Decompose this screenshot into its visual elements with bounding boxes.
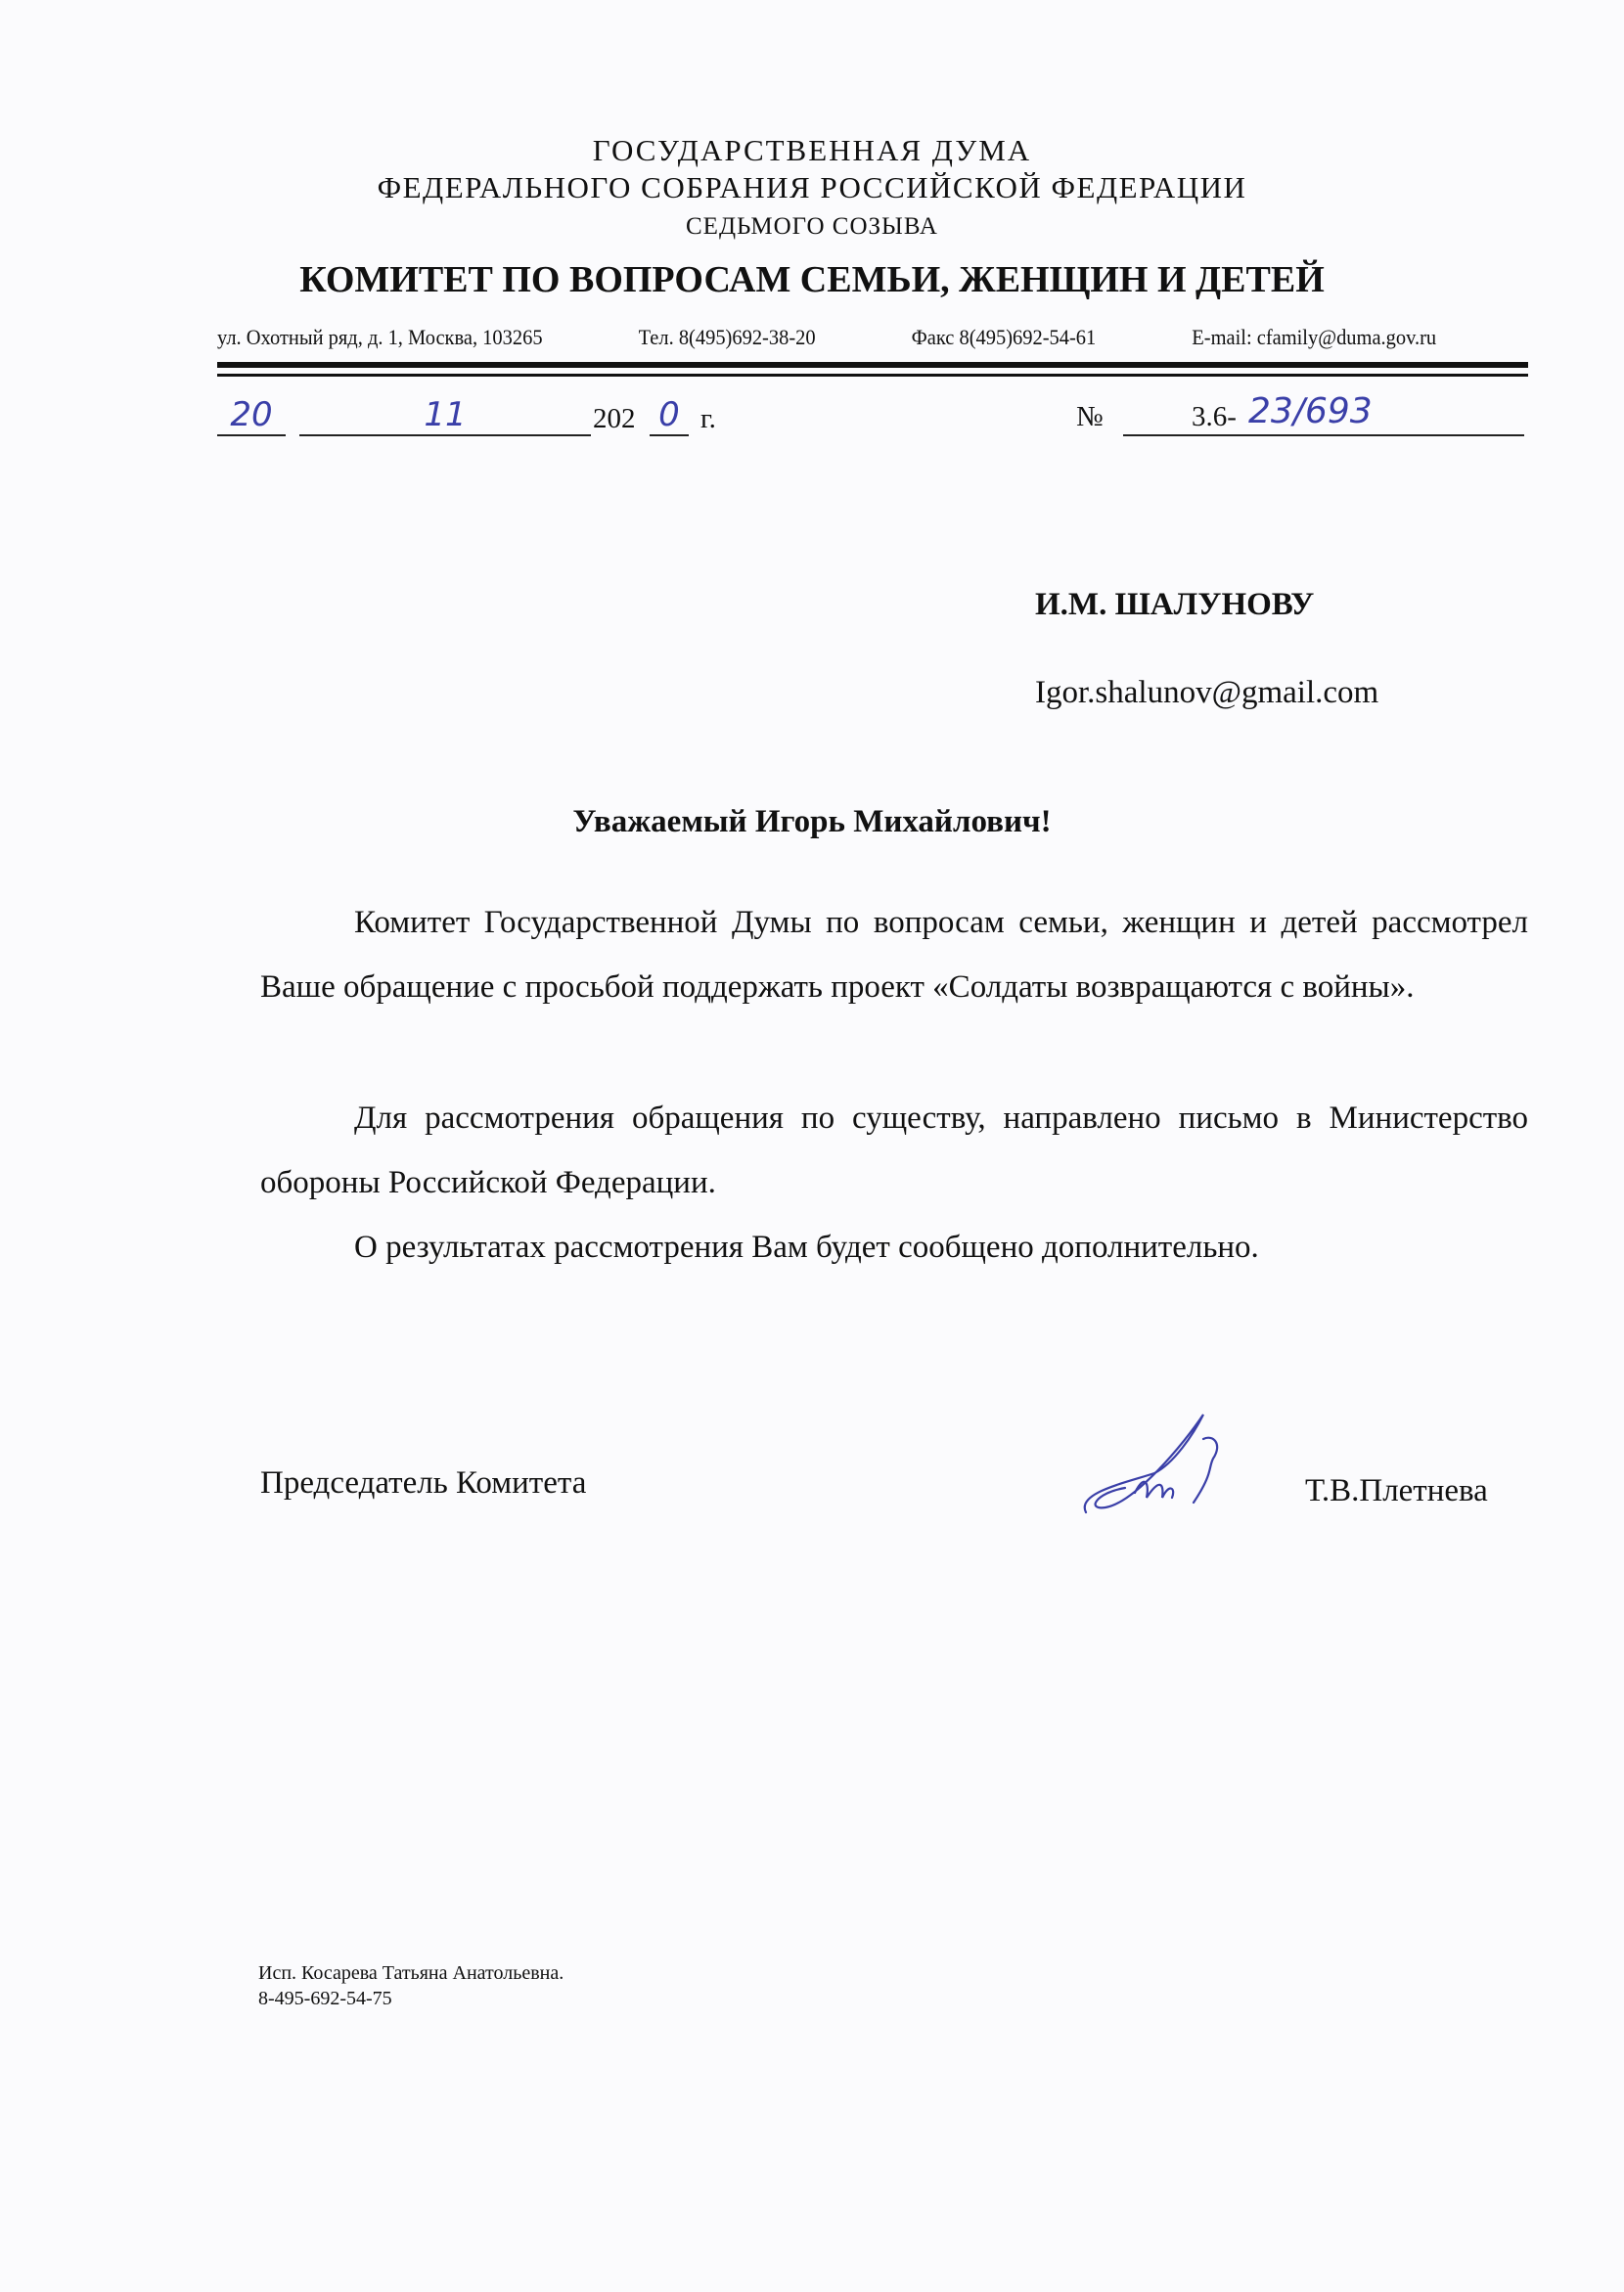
body-paragraph: О результатах рассмотрения Вам будет соо… [260,1215,1528,1280]
contact-email: E-mail: cfamily@duma.gov.ru [1192,325,1436,350]
contact-phone: Тел. 8(495)692-38-20 [639,325,816,350]
contact-fax: Факс 8(495)692-54-61 [912,325,1097,350]
date-year-suffix: 0 [650,395,689,436]
handwritten-signature-icon [1066,1405,1262,1532]
number-handwritten: 23/693 [1248,391,1373,431]
contact-address: ул. Охотный ряд, д. 1, Москва, 103265 [217,325,543,350]
date-year-unit: г. [700,403,716,435]
executor-phone: 8-495-692-54-75 [258,1986,564,2011]
recipient-email: Igor.shalunov@gmail.com [1035,675,1378,711]
committee-name: КОМИТЕТ ПО ВОПРОСАМ СЕМЬИ, ЖЕНЩИН И ДЕТЕ… [0,258,1624,301]
letterhead-rule-thick [217,362,1528,368]
letterhead-line-1: ГОСУДАРСТВЕННАЯ ДУМА [0,133,1624,168]
greeting: Уважаемый Игорь Михайлович! [0,804,1624,840]
contacts-line: ул. Охотный ряд, д. 1, Москва, 103265 Те… [217,325,1436,350]
body-paragraph: Комитет Государственной Думы по вопросам… [260,890,1528,1019]
signer-title: Председатель Комитета [260,1465,586,1502]
date-day: 20 [217,395,286,436]
letterhead-rule-thin [217,374,1528,377]
number-sign: № [1076,401,1104,433]
date-month: 11 [299,395,591,436]
body-paragraph: Для рассмотрения обращения по существу, … [260,1086,1528,1215]
letterhead-line-3: СЕДЬМОГО СОЗЫВА [0,213,1624,241]
recipient-name: И.М. ШАЛУНОВУ [1035,587,1314,623]
signer-name: Т.В.Плетнева [1305,1473,1488,1509]
letterhead-line-2: ФЕДЕРАЛЬНОГО СОБРАНИЯ РОССИЙСКОЙ ФЕДЕРАЦ… [0,170,1624,205]
executor-block: Исп. Косарева Татьяна Анатольевна. 8-495… [258,1960,564,2011]
executor-name: Исп. Косарева Татьяна Анатольевна. [258,1960,564,1986]
number-prefix: 3.6- [1192,401,1237,433]
date-year-prefix: 202 [593,403,636,435]
